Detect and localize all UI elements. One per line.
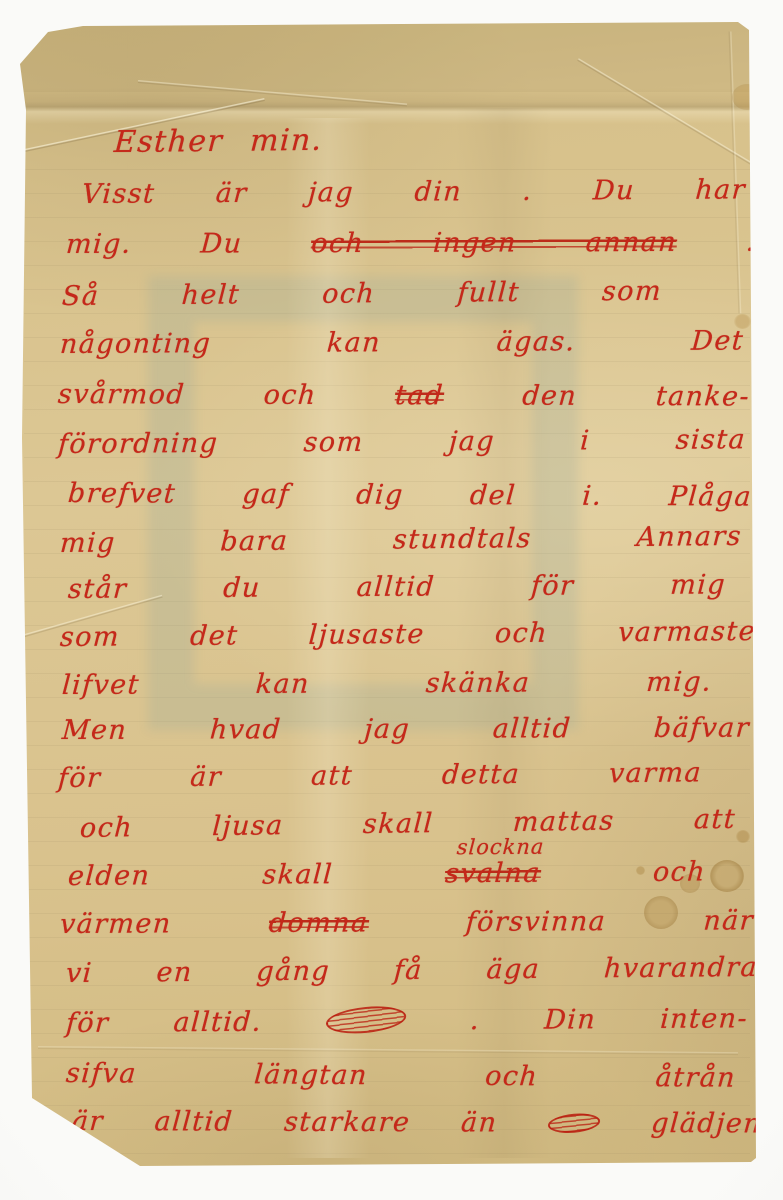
line-text: försvinna när (368, 905, 755, 938)
letter-line: brefvet gaf dig del i. Plåga (67, 477, 754, 514)
letter-line: är alltid starkare än glädjen (71, 1105, 763, 1141)
letter-line: Så helt och fullt som (61, 275, 663, 314)
struck-text: tad (394, 380, 445, 411)
line-text: . Din inten- (405, 1003, 749, 1036)
letter-line: sifva längtan och åtrån (65, 1057, 738, 1095)
line-text: elden skall (67, 858, 446, 892)
line-text: Esther min. (113, 123, 324, 160)
line-text: och (540, 857, 707, 889)
line-text: värmen (59, 908, 270, 940)
letter-line: mig. Du och ingen annan . (65, 226, 757, 262)
letter-text: Esther min. Visst är jag din . Du har mi… (18, 18, 758, 1168)
line-text: sifva längtan och åtrån (65, 1058, 737, 1094)
letter-line: som det ljusaste och varmaste (59, 615, 757, 655)
line-text: förordning som jag i sista (57, 424, 747, 460)
line-text: för alltid. (65, 1006, 327, 1039)
struck-text: och ingen annan (310, 227, 678, 259)
ink-scribble (548, 1112, 600, 1135)
line-text: . (676, 227, 757, 258)
line-text: Så helt och fullt som (61, 276, 663, 312)
line-text: svalna (444, 858, 542, 890)
letter-line: värmen domna försvinna när (59, 904, 755, 941)
letter-greeting: Esther min. (113, 122, 324, 162)
line-text: svårmod och (57, 379, 397, 411)
inserted-word-above: slockna (456, 834, 545, 861)
line-text: står du alltid för mig (67, 569, 727, 605)
letter-line: vi en gång få äga hvarandra (65, 951, 759, 991)
line-text: någonting kan ägas. Det (59, 325, 745, 360)
line-text: den tanke- (443, 380, 752, 412)
letter-line: förordning som jag i sista (57, 423, 747, 462)
line-text: Visst är jag din . Du har (81, 174, 747, 210)
line-text: för är att detta varma (57, 757, 703, 794)
line-text: vi en gång få äga hvarandra (65, 952, 759, 989)
letter-line: Visst är jag din . Du har (81, 173, 747, 211)
line-text: mig bara stundtals Annars (59, 521, 743, 559)
line-text: brefvet gaf dig del i. Plåga (67, 478, 753, 513)
letter-line: svårmod och tad den tanke- (57, 378, 751, 414)
letter-line: står du alltid för mig (67, 568, 727, 606)
letter-paper: Esther min. Visst är jag din . Du har mi… (18, 18, 758, 1168)
letter-line: mig bara stundtals Annars (59, 520, 743, 561)
letter-line: någonting kan ägas. Det (59, 324, 745, 361)
line-text: och ljusa skall mattas att (79, 804, 737, 844)
letter-line: för är att detta varma (57, 756, 703, 795)
line-text: glädjen (599, 1108, 763, 1140)
letter-line: och ljusa skall mattas att (79, 803, 737, 846)
line-text: Men hvad jag alltid bäfvar (61, 713, 751, 746)
letter-line: Men hvad jag alltid bäfvar (61, 712, 751, 748)
line-text: som det ljusaste och varmaste (59, 616, 757, 653)
letter-line: lifvet kan skänka mig. (61, 666, 713, 703)
line-text: lifvet kan skänka mig. (61, 667, 713, 701)
letter-line: för alltid. . Din inten- (65, 1002, 749, 1041)
struck-text: svalnaslockna (444, 858, 542, 890)
struck-text: domna (268, 907, 370, 939)
letter-line: elden skall svalnaslockna och (67, 856, 707, 894)
ink-scribble (326, 1003, 407, 1036)
line-text: mig. Du (65, 228, 312, 260)
line-text: är alltid starkare än (71, 1106, 550, 1139)
